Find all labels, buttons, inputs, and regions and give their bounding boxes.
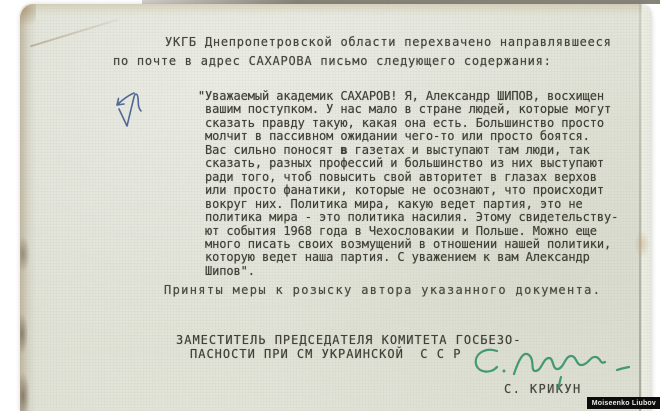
paper-crease-top-left <box>30 19 119 48</box>
text-segment: Вас сильно поносят <box>205 143 340 157</box>
text-line: ют события 1968 года в Чехословакии и По… <box>205 225 618 238</box>
text-line: или просто фанатики, которые не осознают… <box>205 184 618 197</box>
paper-stain <box>634 230 650 258</box>
text-line: Вас сильно поносят в газетах и выступают… <box>205 144 618 157</box>
text-line: "Уважаемый академик САХАРОВ! Я, Александ… <box>205 90 618 103</box>
paper-wear-left-edge <box>20 4 36 411</box>
text-line: много писать своих возмущений в отношени… <box>205 238 618 251</box>
watermark-credit: Moiseenko Liubov <box>587 397 660 409</box>
overstruck-text: в <box>340 143 347 157</box>
text-line: молчит в пассивном ожидании чего-то или … <box>205 130 618 143</box>
signature-title-block: ЗАМЕСТИТЕЛЬ ПРЕДСЕДАТЕЛЯ КОМИТЕТА ГОСБЕЗ… <box>176 334 521 361</box>
text-line: сказать правду такую, какая она есть. Бо… <box>205 117 618 130</box>
quoted-letter-body: "Уважаемый академик САХАРОВ! Я, Александ… <box>205 90 618 278</box>
action-note-line: Приняты меры к розыску автора указанного… <box>164 283 601 297</box>
text-line: политика мира - это политика насилия. Эт… <box>205 211 618 224</box>
scanned-document-photo: УКГБ Днепропетровской области перехвачен… <box>0 0 660 411</box>
text-segment: газетах и выступают там люди, так <box>348 143 590 157</box>
document-page: УКГБ Днепропетровской области перехвачен… <box>20 4 652 411</box>
intro-paragraph: УКГБ Днепропетровской области перехвачен… <box>113 33 612 70</box>
text-line: Шипов". <box>205 265 618 278</box>
text-line: ЗАМЕСТИТЕЛЬ ПРЕДСЕДАТЕЛЯ КОМИТЕТА ГОСБЕЗ… <box>176 334 521 348</box>
text-line: ради того, чтоб повысить свой авторитет … <box>205 171 618 184</box>
paper-wear-top <box>20 4 652 16</box>
paper-crease-right <box>639 4 641 411</box>
text-line: которую ведет наша партия. С уважением к… <box>205 251 618 264</box>
text-line: вокруг них. Политика мира, какую ведет п… <box>205 198 618 211</box>
paper-under-sheet-edge <box>642 4 652 411</box>
text-line: УКГБ Днепропетровской области перехвачен… <box>113 33 612 52</box>
text-line: ПАСНОСТИ ПРИ СМ УКРАИНСКОЙ С С Р <box>190 348 521 362</box>
text-line: сказать, разных профессий и большинство … <box>205 157 618 170</box>
text-line: по почте в адрес САХАРОВА письмо следующ… <box>113 52 612 71</box>
signatory-name: С. КРИКУН <box>504 382 582 396</box>
text-line: вашим поступком. У нас мало в стране люд… <box>205 103 618 116</box>
